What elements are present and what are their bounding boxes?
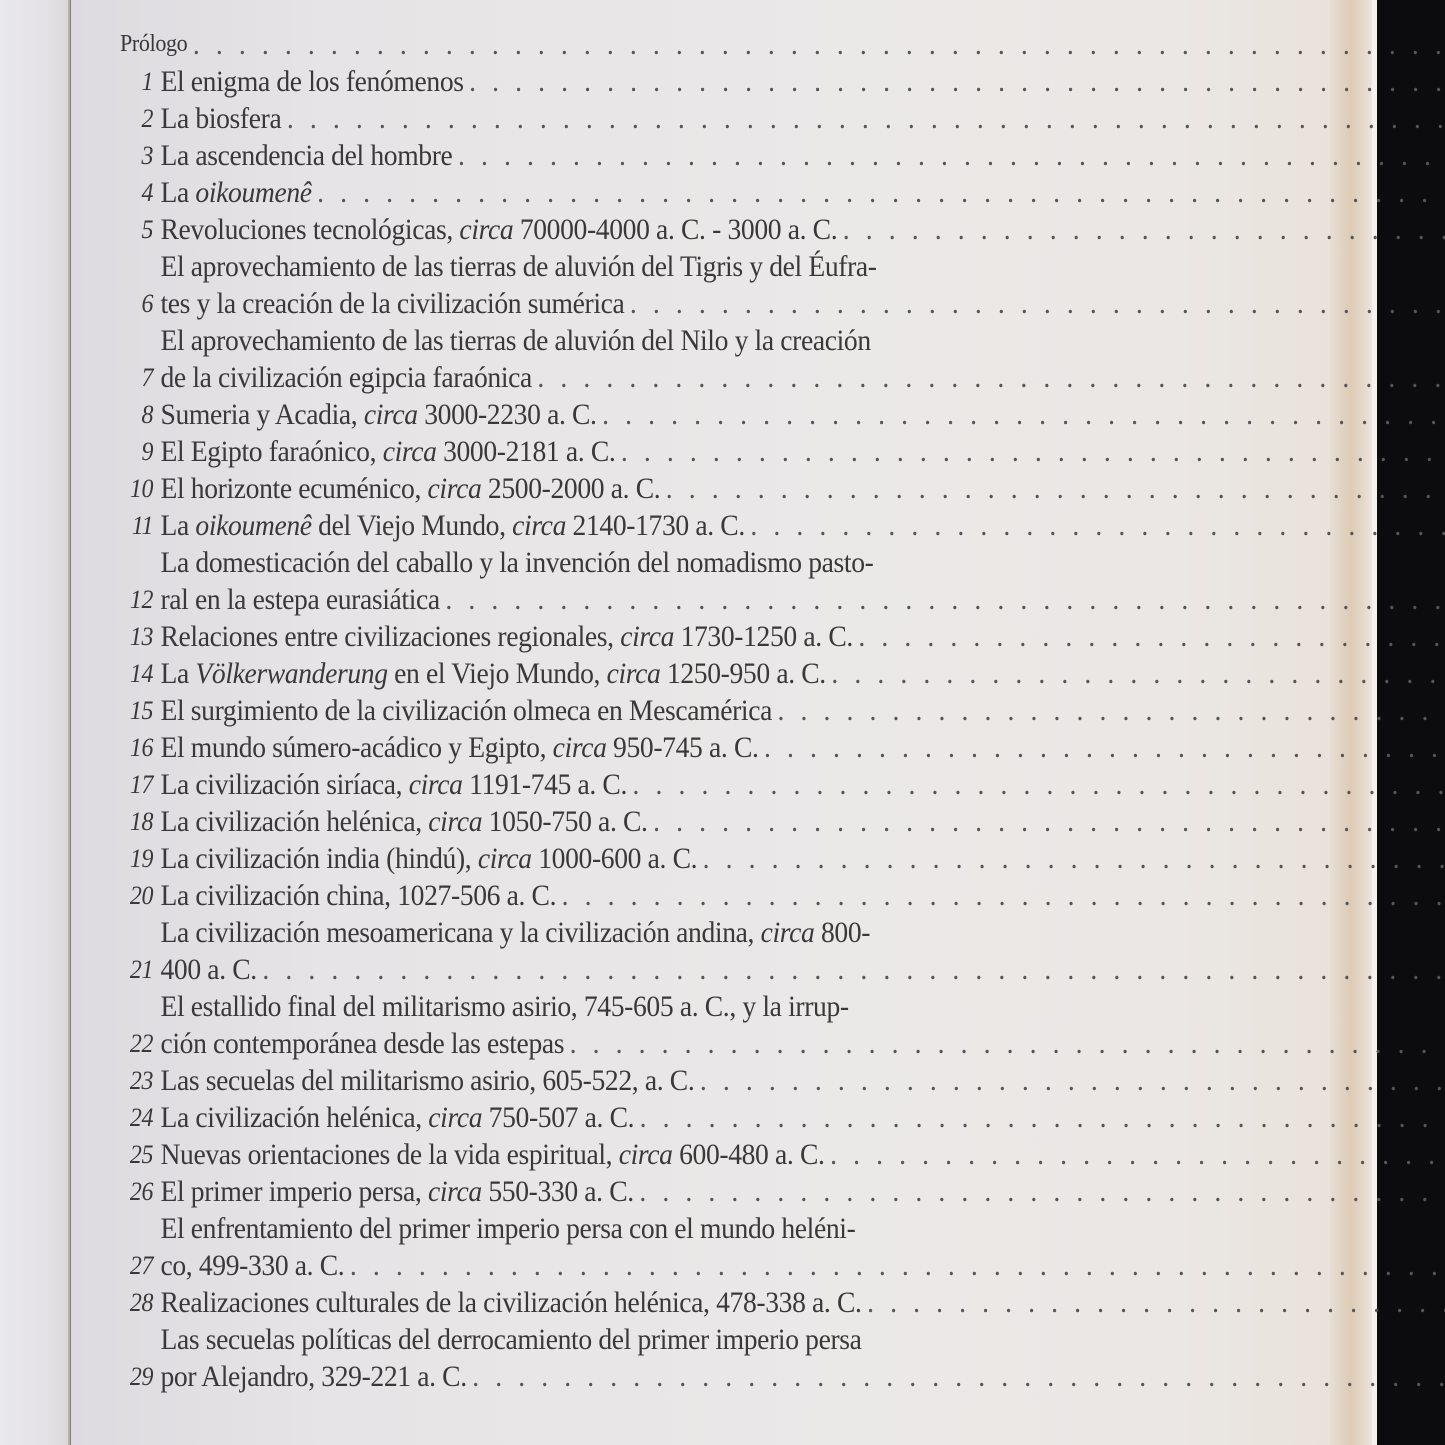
dot-leader [703, 840, 1445, 877]
chapter-number: 20 [120, 877, 160, 914]
chapter-number: 17 [120, 766, 160, 803]
toc-entry: 21La civilización mesoamericana y la civ… [120, 914, 1178, 988]
chapter-title: Las secuelas políticas del derrocamiento… [160, 1321, 861, 1358]
toc-entry: 4La oikoumenê37 [120, 174, 1178, 211]
chapter-title: El enfrentamiento del primer imperio per… [160, 1210, 855, 1247]
toc-entry: 29Las secuelas políticas del derrocamien… [120, 1321, 1178, 1395]
chapter-title: El surgimiento de la civilización olmeca… [160, 692, 772, 729]
dot-leader [537, 359, 1445, 396]
chapter-title: El horizonte ecuménico, circa 2500-2000 … [160, 470, 660, 507]
chapter-title: Las secuelas del militarismo asirio, 605… [160, 1062, 694, 1099]
chapter-title: La civilización helénica, circa 1050-750… [160, 803, 647, 840]
chapter-title: La civilización india (hindú), circa 100… [160, 840, 697, 877]
toc-entry: 25Nuevas orientaciones de la vida espiri… [120, 1136, 1178, 1173]
chapter-number: 28 [120, 1284, 160, 1321]
toc-entry: 19La civilización india (hindú), circa 1… [120, 840, 1178, 877]
dot-leader [472, 1358, 1445, 1395]
chapter-number: 26 [120, 1173, 160, 1210]
chapter-number: 19 [120, 840, 160, 877]
dot-leader [843, 211, 1445, 248]
dot-leader [458, 137, 1445, 174]
toc-entry: 28Realizaciones culturales de la civiliz… [120, 1284, 1178, 1321]
toc-entry: 3La ascendencia del hombre31 [120, 137, 1178, 174]
dot-leader [469, 63, 1445, 100]
toc-title: Prólogo [120, 26, 187, 63]
dot-leader [867, 1284, 1445, 1321]
dot-leader [778, 692, 1445, 729]
toc-entry: 13Relaciones entre civilizaciones region… [120, 618, 1178, 655]
toc-entry: 18La civilización helénica, circa 1050-7… [120, 803, 1178, 840]
toc-entry: 22El estallido final del militarismo asi… [120, 988, 1178, 1062]
chapter-number: 27 [120, 1247, 160, 1284]
chapter-number: 16 [120, 729, 160, 766]
dot-leader [858, 618, 1445, 655]
toc-entry: 14La Völkerwanderung en el Viejo Mundo, … [120, 655, 1178, 692]
chapter-title: Nuevas orientaciones de la vida espiritu… [160, 1136, 824, 1173]
chapter-title: El enigma de los fenómenos [160, 63, 463, 100]
dot-leader [562, 877, 1445, 914]
toc-entry: 27El enfrentamiento del primer imperio p… [120, 1210, 1178, 1284]
chapter-number: 8 [120, 396, 160, 433]
chapter-number: 1 [120, 63, 160, 100]
dot-leader [633, 766, 1445, 803]
toc-entry: 7El aprovechamiento de las tierras de al… [120, 322, 1178, 396]
chapter-title: El aprovechamiento de las tierras de alu… [160, 322, 870, 359]
toc-entry: 6El aprovechamiento de las tierras de al… [120, 248, 1178, 322]
toc-entry: 26El primer imperio persa, circa 550-330… [120, 1173, 1178, 1210]
dot-leader [639, 1173, 1445, 1210]
chapter-number: 13 [120, 618, 160, 655]
chapter-title: co, 499-330 a. C. [160, 1247, 344, 1284]
chapter-number: 15 [120, 692, 160, 729]
chapter-title: tes y la creación de la civilización sum… [160, 285, 624, 322]
toc-entry: 11La oikoumenê del Viejo Mundo, circa 21… [120, 507, 1178, 544]
dot-leader [653, 803, 1445, 840]
toc-entry: 2La biosfera17 [120, 100, 1178, 137]
chapter-number: 22 [120, 1025, 160, 1062]
chapter-number: 3 [120, 137, 160, 174]
dot-leader [602, 396, 1445, 433]
dot-leader [445, 581, 1445, 618]
chapter-title: ción contemporánea desde las estepas [160, 1025, 564, 1062]
chapter-number: 23 [120, 1062, 160, 1099]
toc-prologue: Prólogo 7 [120, 26, 1178, 63]
toc-entry: 16El mundo súmero-acádico y Egipto, circ… [120, 729, 1178, 766]
chapter-title: El estallido final del militarismo asiri… [160, 988, 848, 1025]
dot-leader [262, 951, 1445, 988]
dot-leader [317, 174, 1445, 211]
dot-leader [570, 1025, 1445, 1062]
dot-leader [630, 285, 1445, 322]
chapter-title: 400 a. C. [160, 951, 256, 988]
toc-entry: 15El surgimiento de la civilización olme… [120, 692, 1178, 729]
chapter-number: 18 [120, 803, 160, 840]
chapter-title: La ascendencia del hombre [160, 137, 452, 174]
chapter-number: 12 [120, 581, 160, 618]
toc-entry: 1El enigma de los fenómenos13 [120, 63, 1178, 100]
chapter-title: Revoluciones tecnológicas, circa 70000-4… [160, 211, 837, 248]
table-of-contents: Prólogo 7 1El enigma de los fenómenos132… [120, 26, 1180, 1395]
chapter-number: 9 [120, 433, 160, 470]
chapter-title: El aprovechamiento de las tierras de alu… [160, 248, 876, 285]
chapter-title: La domesticación del caballo y la invenc… [160, 544, 873, 581]
chapter-title: ral en la estepa eurasiática [160, 581, 439, 618]
dot-leader [287, 100, 1445, 137]
chapter-number: 25 [120, 1136, 160, 1173]
toc-entry: 24La civilización helénica, circa 750-50… [120, 1099, 1178, 1136]
chapter-number: 7 [120, 359, 160, 396]
dot-leader [830, 1136, 1445, 1173]
chapter-number: 5 [120, 211, 160, 248]
dot-leader [193, 26, 1445, 63]
toc-entry: 23Las secuelas del militarismo asirio, 6… [120, 1062, 1178, 1099]
dot-leader [350, 1247, 1445, 1284]
dot-leader [640, 1099, 1445, 1136]
toc-entry: 8Sumeria y Acadia, circa 3000-2230 a. C.… [120, 396, 1178, 433]
chapter-title: La civilización siríaca, circa 1191-745 … [160, 766, 627, 803]
toc-entry: 17La civilización siríaca, circa 1191-74… [120, 766, 1178, 803]
chapter-title: El primer imperio persa, circa 550-330 a… [160, 1173, 633, 1210]
dot-leader [764, 729, 1445, 766]
chapter-number: 6 [120, 285, 160, 322]
chapter-title: por Alejandro, 329-221 a. C. [160, 1358, 466, 1395]
chapter-title: La civilización mesoamericana y la civil… [160, 914, 870, 951]
toc-entry: 9El Egipto faraónico, circa 3000-2181 a.… [120, 433, 1178, 470]
dot-leader [750, 507, 1445, 544]
dot-leader [666, 470, 1445, 507]
toc-entry: 5Revoluciones tecnológicas, circa 70000-… [120, 211, 1178, 248]
toc-entry: 12La domesticación del caballo y la inve… [120, 544, 1178, 618]
chapter-title: de la civilización egipcia faraónica [160, 359, 531, 396]
toc-entry: 10El horizonte ecuménico, circa 2500-200… [120, 470, 1178, 507]
dot-leader [831, 655, 1445, 692]
chapter-number: 14 [120, 655, 160, 692]
dot-leader [700, 1062, 1445, 1099]
chapter-number: 10 [120, 470, 160, 507]
adjacent-page [0, 0, 70, 1445]
chapter-number: 21 [120, 951, 160, 988]
chapter-title: La oikoumenê [160, 174, 311, 211]
chapter-title: La oikoumenê del Viejo Mundo, circa 2140… [160, 507, 744, 544]
chapter-number: 4 [120, 174, 160, 211]
chapter-title: La civilización china, 1027-506 a. C. [160, 877, 556, 914]
chapter-number: 11 [120, 507, 160, 544]
chapter-title: El Egipto faraónico, circa 3000-2181 a. … [160, 433, 615, 470]
chapter-title: Sumeria y Acadia, circa 3000-2230 a. C. [160, 396, 596, 433]
chapter-number: 24 [120, 1099, 160, 1136]
toc-entry: 20La civilización china, 1027-506 a. C.1… [120, 877, 1178, 914]
chapter-title: Relaciones entre civilizaciones regional… [160, 618, 852, 655]
chapter-title: La biosfera [160, 100, 281, 137]
dot-leader [621, 433, 1445, 470]
chapter-title: Realizaciones culturales de la civilizac… [160, 1284, 861, 1321]
chapter-number: 2 [120, 100, 160, 137]
chapter-number: 29 [120, 1358, 160, 1395]
chapter-title: La Völkerwanderung en el Viejo Mundo, ci… [160, 655, 825, 692]
chapter-title: La civilización helénica, circa 750-507 … [160, 1099, 634, 1136]
chapter-title: El mundo súmero-acádico y Egipto, circa … [160, 729, 758, 766]
